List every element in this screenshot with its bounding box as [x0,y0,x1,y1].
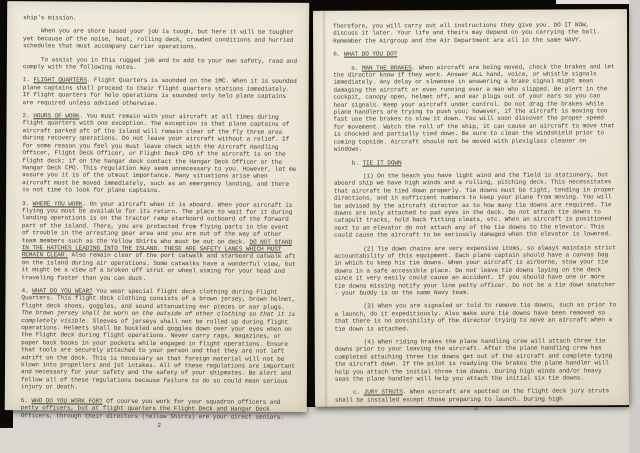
paragraph: 4. WHAT DO YOU WEAR? You wear special fl… [21,287,299,392]
underlined-heading-text: JURY STRUTS [364,389,403,396]
paragraph: (4) When riding brakes the plane handlin… [335,337,617,383]
underlined-heading-text: FLIGHT QUARTERS [33,77,86,84]
paragraph: 3. WHERE YOU WORK. On your aircraft when… [22,200,299,283]
underlined-heading-text: HOURS OF WORK [33,112,79,119]
body-text: 6. [333,51,344,58]
body-text: (1) On the beach you have light wind and… [334,171,615,239]
body-text: 3. [22,200,33,207]
underlined-heading-text: WHAT DO YOU WEAR? [32,287,93,294]
body-text: . You must remain with your aircraft at … [22,113,296,195]
paragraph: c. JURY STRUTS. When aircraft are spotte… [335,388,617,404]
underlined-heading-text: MAN THE BRAKES [362,64,412,71]
body-text: . When aircraft are being moved, check t… [333,63,614,153]
paragraph: (2) Tie down chains are very expensive i… [334,244,616,297]
underlined-heading-text: WHAT DO YOU DO? [344,51,397,58]
paragraph: To assist you in this rugged job and to … [23,56,300,73]
underlined-heading-text: WHERE YOU WORK [33,200,83,207]
page-body: Therefore, you will carry out all instru… [333,21,617,404]
body-text: To assist you in this rugged job and to … [23,56,297,71]
paragraph: When you are shore based your job is tou… [23,28,300,52]
background-mat-right [629,0,640,453]
background-mat-topright [556,0,629,4]
body-text: a. [351,64,362,71]
body-text: (2) Tie down chains are very expensive i… [334,244,616,297]
body-text: 5. [21,397,32,404]
page-number: 3 [335,405,617,413]
paragraph: (3) When you are signaled or told to rem… [334,302,616,333]
paragraph: 6. WHAT DO YOU DO? [333,49,615,58]
body-text: ship's mission. [23,14,76,21]
right-page: Therefore, you will carry out all instru… [313,9,629,407]
body-text: (3) When you are signaled or told to rem… [335,302,617,333]
underlined-heading-text: WHO DO YOU WORK FOR? [31,397,102,404]
paragraph: a. MAN THE BRAKES. When aircraft are bei… [333,63,615,153]
underlined-heading-text: TIE IT DOWN [362,159,401,166]
body-text: 1. [23,77,34,84]
body-text: b. [352,159,363,166]
paragraph: 1. FLIGHT QUARTERS. Flight Quarters is s… [23,77,300,108]
paragraph: b. TIE IT DOWN [334,158,616,167]
paragraph: 2. HOURS OF WORK. You must remain with y… [22,112,299,195]
left-page: ship's mission.When you are shore based … [5,1,309,412]
body-text: Sleeves of jerseys shall not be rolled u… [21,317,295,391]
body-text: 2. [23,112,34,119]
scanned-document-photo: ship's mission.When you are shore based … [0,0,640,453]
paragraph: 5. WHO DO YOU WORK FOR? Of course you wo… [21,397,298,421]
paragraph: (1) On the beach you have light wind and… [334,171,616,239]
paragraph: Therefore, you will carry out all instru… [333,21,615,45]
body-text: (4) When riding brakes the plane handlin… [335,337,613,382]
page-body: ship's mission.When you are shore based … [21,14,300,421]
body-text: c. [353,389,364,396]
body-text: 4. [21,287,32,294]
body-text: Therefore, you will carry out all instru… [333,21,600,44]
body-text: When you are shore based your job is tou… [23,28,294,51]
paragraph: ship's mission. [23,14,300,23]
